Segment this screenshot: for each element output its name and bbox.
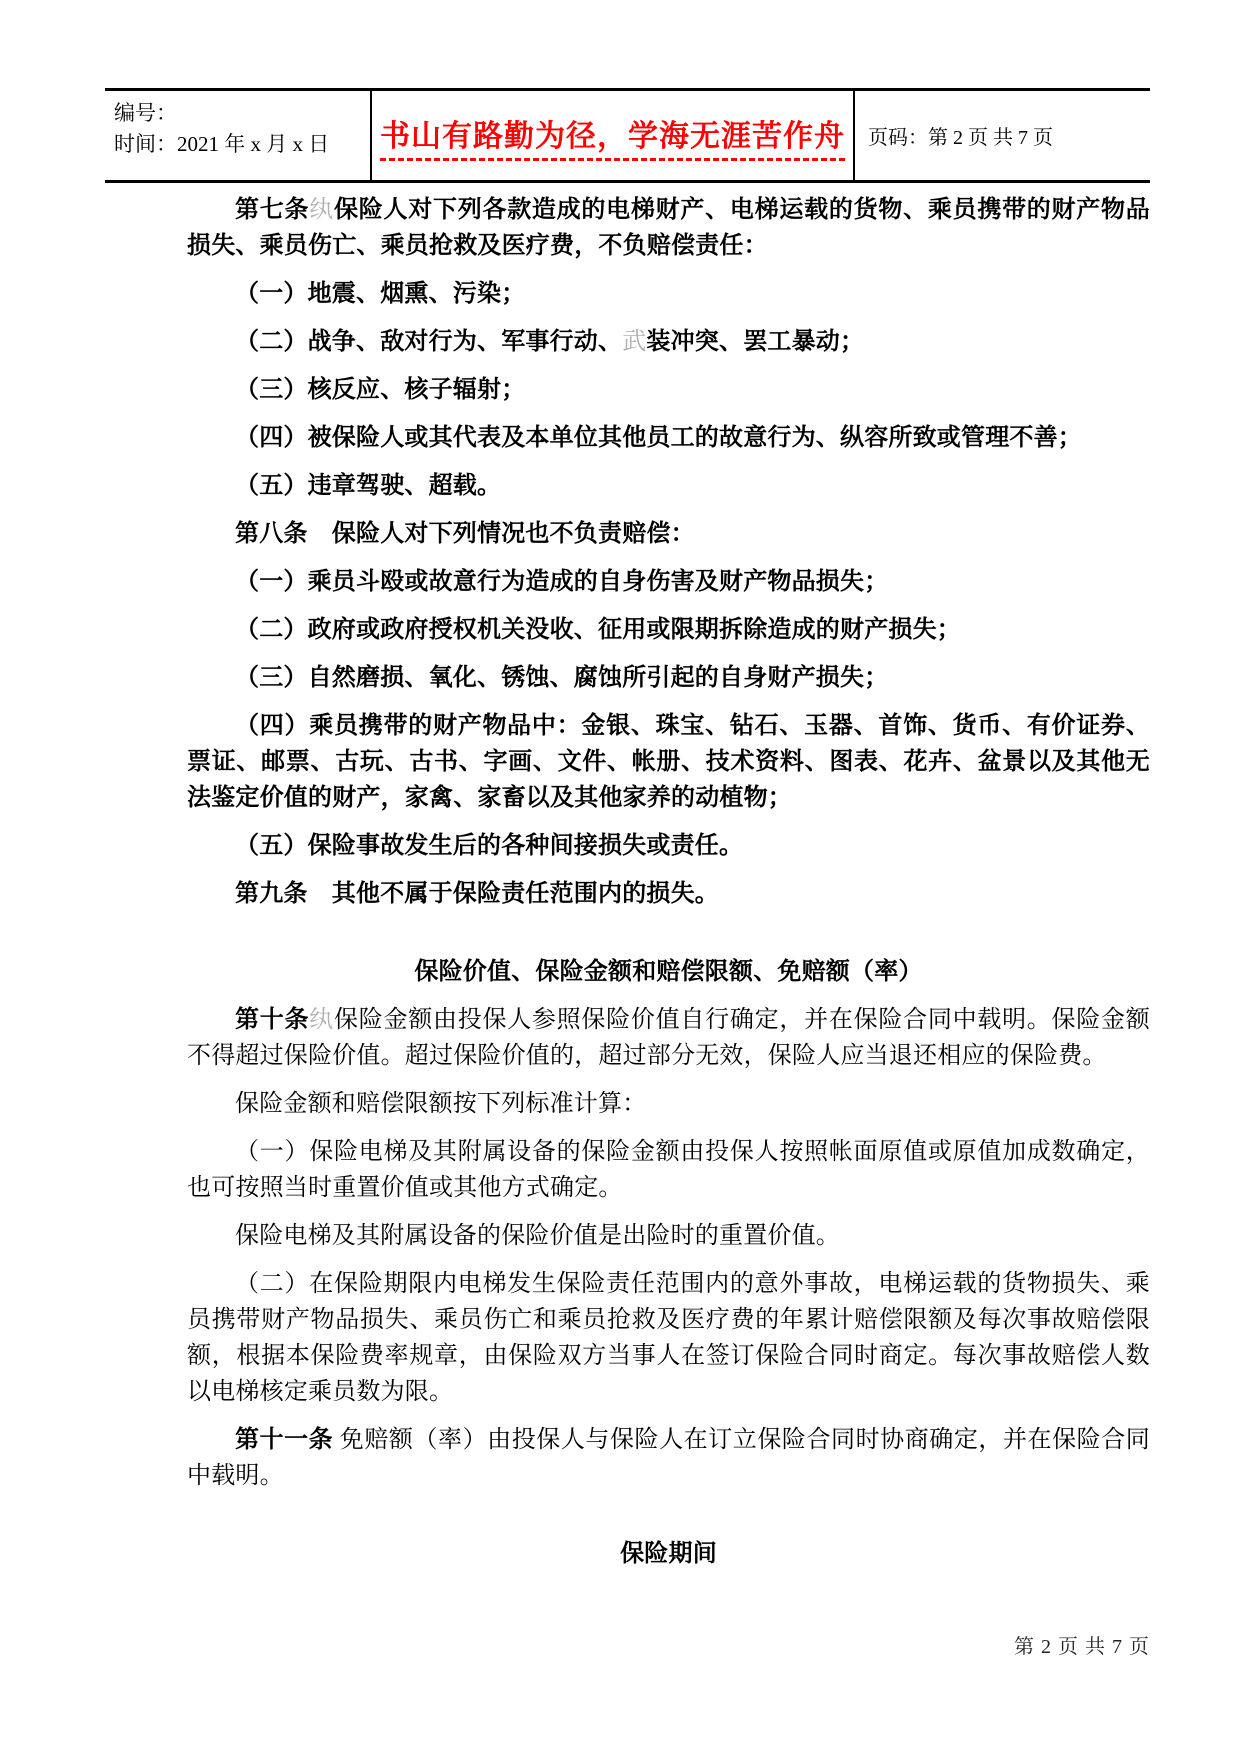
footer-page-info: 第 2 页 共 7 页 xyxy=(1014,1636,1150,1658)
page-footer: 第 2 页 共 7 页 xyxy=(0,1630,1150,1659)
motto-text: 书山有路勤为径，学海无涯苦作舟 xyxy=(380,111,845,161)
text-run: （一）地震、烟熏、污染； xyxy=(235,281,525,307)
list-item: （五）违章驾驶、超载。 xyxy=(187,468,1150,504)
text-run: （四）被保险人或其代表及本单位其他员工的故意行为、纵容所致或管理不善； xyxy=(235,425,1082,451)
text-run: （五）违章驾驶、超载。 xyxy=(235,473,501,499)
text-run: 第九条 其他不属于保险责任范围内的损失。 xyxy=(235,881,719,907)
list-item: （一）乘员斗殴或故意行为造成的自身伤害及财产物品损失； xyxy=(187,564,1150,600)
text-run: （二）政府或政府授权机关没收、征用或限期拆除造成的财产损失； xyxy=(235,617,961,643)
list-item: （二）政府或政府授权机关没收、征用或限期拆除造成的财产损失； xyxy=(187,612,1150,648)
section-heading: 保险价值、保险金额和赔偿限额、免赔额（率） xyxy=(187,954,1150,990)
text-run: 第十一条 xyxy=(235,1427,333,1453)
header-table: 编号： 时间：2021 年 x 月 x 日 书山有路勤为径，学海无涯苦作舟 页码… xyxy=(105,88,1150,183)
text-run: 第十条 xyxy=(235,1007,309,1033)
paragraph: 第九条 其他不属于保险责任范围内的损失。 xyxy=(187,876,1150,912)
header-cell-meta: 编号： 时间：2021 年 x 月 x 日 xyxy=(105,91,370,180)
list-item: （三）核反应、核子辐射； xyxy=(187,372,1150,408)
text-run: 保险金额和赔偿限额按下列标准计算： xyxy=(235,1091,646,1117)
page-number-info: 页码：第 2 页 共 7 页 xyxy=(868,121,1053,150)
paragraph: （一）保险电梯及其附属设备的保险金额由投保人按照帐面原值或原值加成数确定，也可按… xyxy=(187,1134,1150,1206)
paragraph: 保险金额和赔偿限额按下列标准计算： xyxy=(187,1086,1150,1122)
paragraph: 第十一条 免赔额（率）由投保人与保险人在订立保险合同时协商确定，并在保险合同中载… xyxy=(187,1422,1150,1494)
text-run: 保险电梯及其附属设备的保险价值是出险时的重置价值。 xyxy=(235,1223,840,1249)
list-item: （二）战争、敌对行为、军事行动、武装冲突、罢工暴动； xyxy=(187,324,1150,360)
text-run: （四）乘员携带的财产物品中：金银、珠宝、钻石、玉器、首饰、货币、有价证券、票证、… xyxy=(187,713,1150,811)
ghost-character: 武 xyxy=(622,329,646,355)
ghost-character: 纨 xyxy=(309,1007,334,1033)
text-run: （三）自然磨损、氧化、锈蚀、腐蚀所引起的自身财产损失； xyxy=(235,665,888,691)
doc-number-label: 编号： xyxy=(114,98,370,129)
text-run: 保险价值、保险金额和赔偿限额、免赔额（率） xyxy=(414,959,922,985)
text-run: （二）在保险期限内电梯发生保险责任范围内的意外事故，电梯运载的货物损失、乘员携带… xyxy=(187,1271,1150,1405)
text-run: （一）乘员斗殴或故意行为造成的自身伤害及财产物品损失； xyxy=(235,569,888,595)
paragraph: 第八条 保险人对下列情况也不负责赔偿： xyxy=(187,516,1150,552)
list-item: （五）保险事故发生后的各种间接损失或责任。 xyxy=(187,828,1150,864)
paragraph: 第七条纨保险人对下列各款造成的电梯财产、电梯运载的货物、乘员携带的财产物品损失、… xyxy=(187,192,1150,264)
list-item: （四）乘员携带的财产物品中：金银、珠宝、钻石、玉器、首饰、货币、有价证券、票证、… xyxy=(187,708,1150,816)
header-cell-motto: 书山有路勤为径，学海无涯苦作舟 xyxy=(370,91,855,180)
doc-time-label: 时间：2021 年 x 月 x 日 xyxy=(114,129,370,160)
text-run: 保险期间 xyxy=(620,1541,717,1567)
text-run: 第八条 保险人对下列情况也不负责赔偿： xyxy=(235,521,695,547)
section-heading: 保险期间 xyxy=(187,1536,1150,1572)
paragraph: 第十条纨保险金额由投保人参照保险价值自行确定，并在保险合同中载明。保险金额不得超… xyxy=(187,1002,1150,1074)
text-run: （一）保险电梯及其附属设备的保险金额由投保人按照帐面原值或原值加成数确定，也可按… xyxy=(187,1139,1150,1201)
document-body: 第七条纨保险人对下列各款造成的电梯财产、电梯运载的货物、乘员携带的财产物品损失、… xyxy=(187,192,1150,1584)
list-item: （四）被保险人或其代表及本单位其他员工的故意行为、纵容所致或管理不善； xyxy=(187,420,1150,456)
header-cell-page: 页码：第 2 页 共 7 页 xyxy=(855,91,1150,180)
text-run: （二）战争、敌对行为、军事行动、 xyxy=(235,329,622,355)
paragraph: 保险电梯及其附属设备的保险价值是出险时的重置价值。 xyxy=(187,1218,1150,1254)
text-run: （三）核反应、核子辐射； xyxy=(235,377,525,403)
paragraph: （二）在保险期限内电梯发生保险责任范围内的意外事故，电梯运载的货物损失、乘员携带… xyxy=(187,1266,1150,1410)
text-run: （五）保险事故发生后的各种间接损失或责任。 xyxy=(235,833,743,859)
text-run: 装冲突、罢工暴动； xyxy=(646,329,864,355)
ghost-character: 纨 xyxy=(309,197,334,223)
document-page: 编号： 时间：2021 年 x 月 x 日 书山有路勤为径，学海无涯苦作舟 页码… xyxy=(0,0,1241,1754)
text-run: 第七条 xyxy=(235,197,309,223)
list-item: （三）自然磨损、氧化、锈蚀、腐蚀所引起的自身财产损失； xyxy=(187,660,1150,696)
list-item: （一）地震、烟熏、污染； xyxy=(187,276,1150,312)
